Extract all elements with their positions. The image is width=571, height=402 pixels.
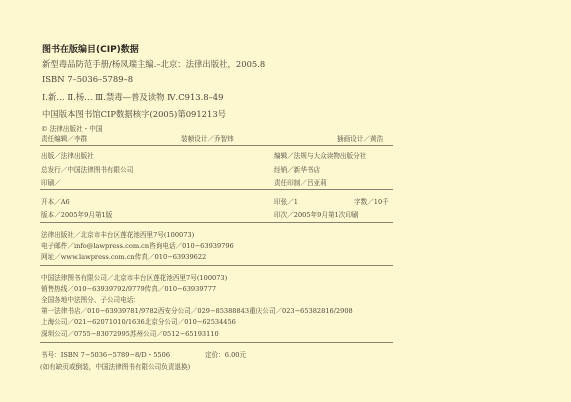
divider: [40, 265, 393, 266]
distributor-sales: 销售热线／010−63939792/9779传真／010−63939777: [41, 283, 216, 293]
branches-line-1: 第一法律书店／010−63939781/9782西安分公司／029−853888…: [41, 305, 353, 315]
branches-line-3: 深圳公司／0755−83072995苏州公司／0512−65193110: [41, 328, 219, 338]
cip-line-title: 新型毒品防范手册/杨凤瑞主编.–北京：法律出版社，2005.8: [42, 58, 265, 70]
divider: [40, 222, 393, 223]
credit-illustration: 插画设计／黄浩: [337, 133, 383, 143]
return-note: (如有缺页或倒装，中国法律图书有限公司负责退换): [40, 361, 190, 371]
credit-editor: 责任编辑／李群: [41, 133, 87, 143]
cip-line-isbn: ISBN 7–5036–5789–8: [42, 74, 133, 84]
spec-word-count: 字数／10千: [354, 196, 389, 206]
branches-heading: 全国各地中法图分、子公司电话：: [41, 294, 140, 304]
cip-line-classification: Ⅰ.新… Ⅱ.杨… Ⅲ.禁毒—普及读物 Ⅳ.C913.8–49: [42, 91, 223, 103]
publisher-website: 网址／www.lawpress.com.cn传真／010−63939622: [41, 251, 206, 261]
credit-binding-design: 装帧设计／乔智炜: [181, 133, 234, 143]
seller: 经销／新华书店: [274, 164, 320, 174]
divider: [40, 145, 393, 146]
divider: [40, 189, 393, 190]
cip-title: 图书在版编目(CIP)数据: [42, 42, 139, 55]
publisher-email: 电子邮件／info@lawpress.com.cn咨询电话／010−639397…: [41, 240, 234, 250]
spec-edition: 版本／2005年9月第1版: [41, 209, 112, 219]
spec-sheets: 印张／1: [274, 196, 298, 206]
cip-line-verification: 中国版本图书馆CIP数据核字(2005)第091213号: [42, 108, 226, 120]
distributor: 总发行／中国法律图书有限公司: [41, 164, 133, 174]
print-manager: 责任印制／吕亚莉: [274, 177, 327, 187]
distributor-address: 中国法律图书有限公司／北京市丰台区莲花池西里7号(100073): [41, 272, 227, 282]
publisher: 出版／法律出版社: [41, 150, 94, 160]
branches-line-2: 上海公司／021−62071010/1636北京分公司／010−62534456: [41, 316, 236, 326]
book-number: 书号：ISBN 7−5036−5789−8/D・5506: [41, 349, 170, 359]
copyright-notice: © 法律出版社・中国: [41, 123, 102, 133]
price: 定价：6.00元: [205, 349, 246, 359]
printer: 印刷／: [41, 177, 61, 187]
spec-format: 开本／A6: [41, 196, 70, 206]
publisher-address: 法律出版社／北京市丰台区莲花池西里7号(100073): [41, 229, 194, 239]
editorial-division: 编辑／法规与大众读物出版分社: [274, 150, 366, 160]
divider: [40, 342, 393, 343]
copyright-page: 图书在版编目(CIP)数据 新型毒品防范手册/杨凤瑞主编.–北京：法律出版社，2…: [0, 0, 571, 402]
spec-impression: 印次／2005年9月第1次印刷: [274, 209, 359, 219]
